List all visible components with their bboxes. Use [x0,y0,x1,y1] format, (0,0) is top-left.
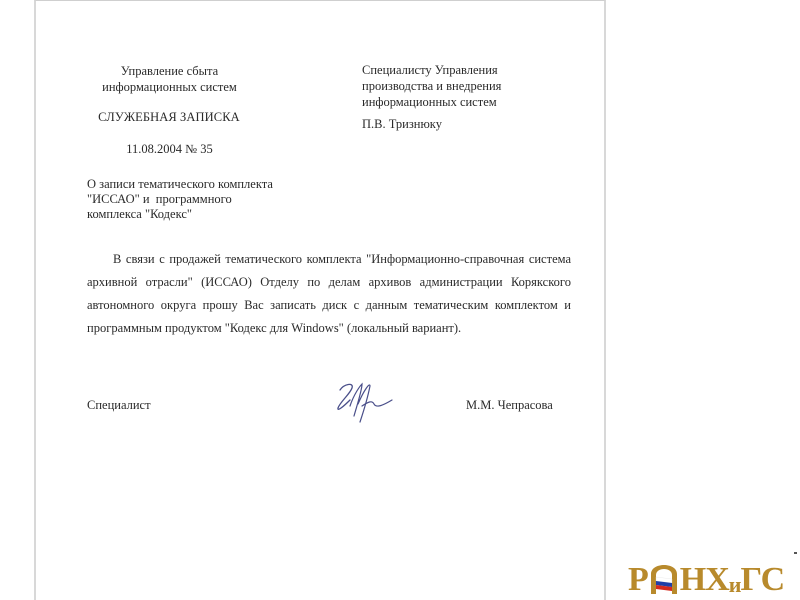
logo-letters-gs: ГС [740,561,784,598]
sender-line-1: Управление сбыта [92,63,247,79]
subject-line-3: комплекса "Кодекс" [87,207,327,222]
recipient-line-1: Специалисту Управления [362,62,582,78]
subject-line-1: О записи тематического комплекта [87,177,327,192]
document-date-number: 11.08.2004 № 35 [92,142,247,157]
recipient-line-2: производства и внедрения [362,78,582,94]
logo-edge-mark [794,552,797,554]
subject-line-2: "ИССАО" и программного [87,192,327,207]
logo-letter-r: Р [628,561,648,598]
recipient-block: Специалисту Управления производства и вн… [362,62,582,110]
slide: Управление сбыта информационных систем С… [0,0,800,600]
document-type-title: СЛУЖЕБНАЯ ЗАПИСКА [74,110,264,125]
recipient-line-3: информационных систем [362,94,582,110]
subject-block: О записи тематического комплекта "ИССАО"… [87,177,327,222]
ranepa-logo: Р НХиГС [628,560,800,600]
sender-department: Управление сбыта информационных систем [92,63,247,95]
logo-letter-i: и [729,572,741,597]
recipient-name: П.В. Тризнюку [362,117,442,132]
logo-letters-nkh: НХ [680,561,729,598]
handwritten-signature-icon [332,376,402,426]
arch-flag-icon [649,560,679,594]
body-paragraph: В связи с продажей тематического комплек… [87,248,571,340]
signatory-name: М.М. Чепрасова [466,398,553,413]
sender-line-2: информационных систем [92,79,247,95]
signatory-role: Специалист [87,398,151,413]
